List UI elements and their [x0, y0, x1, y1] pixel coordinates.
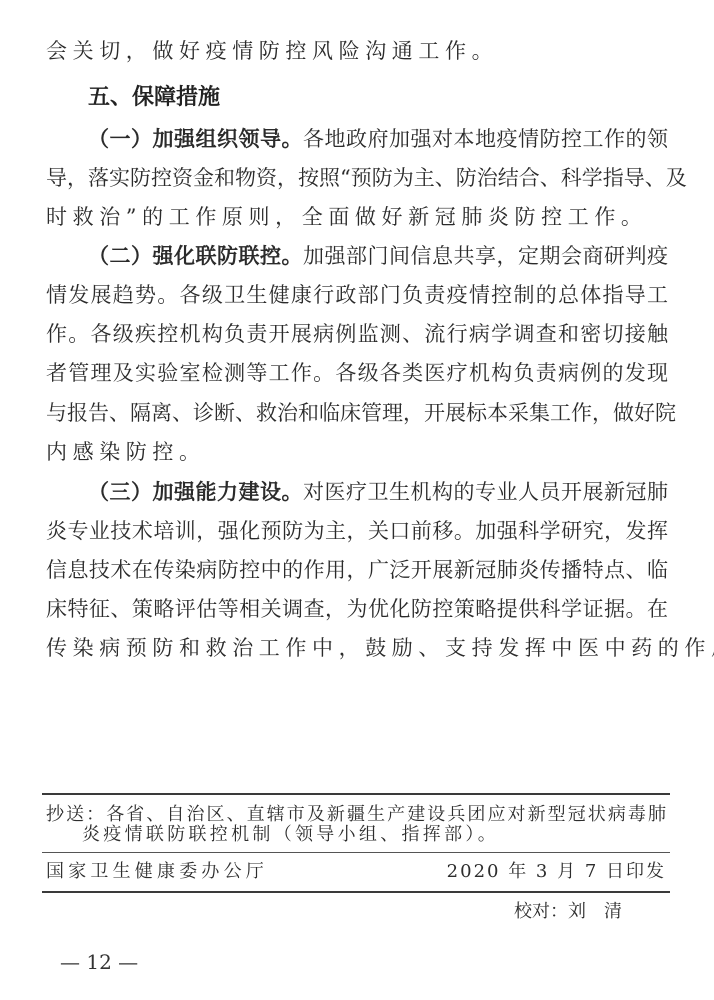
section-heading: 五、保障措施	[88, 82, 220, 114]
paragraph-3-line-1-rest: 对医疗卫生机构的专业人员开展新冠肺	[303, 480, 668, 504]
footer-top-rule	[42, 793, 670, 795]
paragraph-2-line-2: 情发展趋势。各级卫生健康行政部门负责疫情控制的总体指导工	[46, 280, 668, 310]
paragraph-3-line-3: 信息技术在传染病防控中的作用，广泛开展新冠肺炎传播特点、临	[46, 555, 668, 585]
paragraph-3-line-4: 床特征、策略评估等相关调查，为优化防控策略提供科学证据。在	[46, 594, 668, 624]
continuation-line: 会关切，做好疫情防控风险沟通工作。	[46, 36, 668, 66]
paragraph-3-line-2: 炎专业技术培训，强化预防为主，关口前移。加强科学研究，发挥	[46, 516, 668, 546]
issuer: 国家卫生健康委办公厅	[46, 861, 268, 883]
paragraph-1-line-1: （一）加强组织领导。各地政府加强对本地疫情防控工作的领	[88, 124, 668, 154]
footer-middle-rule	[42, 852, 670, 853]
paragraph-2-line-1-rest: 加强部门间信息共享，定期会商研判疫	[303, 244, 668, 268]
paragraph-2-line-6: 内感染防控。	[46, 437, 668, 467]
cc-line-2: 炎疫情联防联控机制（领导小组、指挥部）。	[82, 824, 499, 846]
page-number: — 12 —	[60, 950, 138, 974]
proofreader: 校对：刘 清	[514, 901, 622, 923]
paragraph-3-line-5: 传染病预防和救治工作中，鼓励、支持发挥中医中药的作用。	[46, 633, 668, 663]
paragraph-3-lead: （三）加强能力建设。	[88, 480, 303, 504]
paragraph-2-line-5: 与报告、隔离、诊断、救治和临床管理，开展标本采集工作，做好院	[46, 398, 668, 428]
paragraph-1-lead: （一）加强组织领导。	[88, 127, 303, 151]
cc-line-1: 抄送：各省、自治区、直辖市及新疆生产建设兵团应对新型冠状病毒肺	[46, 804, 666, 826]
issue-date: 2020 年 3 月 7 日印发	[447, 861, 666, 883]
paragraph-1-line-2: 导，落实防控资金和物资，按照“预防为主、防治结合、科学指导、及	[46, 163, 668, 193]
footer-bottom-rule	[42, 891, 670, 893]
paragraph-2-line-3: 作。各级疾控机构负责开展病例监测、流行病学调查和密切接触	[46, 319, 668, 349]
paragraph-1-line-1-rest: 各地政府加强对本地疫情防控工作的领	[303, 127, 668, 151]
paragraph-2-line-4: 者管理及实验室检测等工作。各级各类医疗机构负责病例的发现	[46, 358, 668, 388]
paragraph-1-line-3: 时救治”的工作原则，全面做好新冠肺炎防控工作。	[46, 202, 668, 232]
paragraph-3-line-1: （三）加强能力建设。对医疗卫生机构的专业人员开展新冠肺	[88, 477, 668, 507]
paragraph-2-line-1: （二）强化联防联控。加强部门间信息共享，定期会商研判疫	[88, 241, 668, 271]
paragraph-2-lead: （二）强化联防联控。	[88, 244, 303, 268]
